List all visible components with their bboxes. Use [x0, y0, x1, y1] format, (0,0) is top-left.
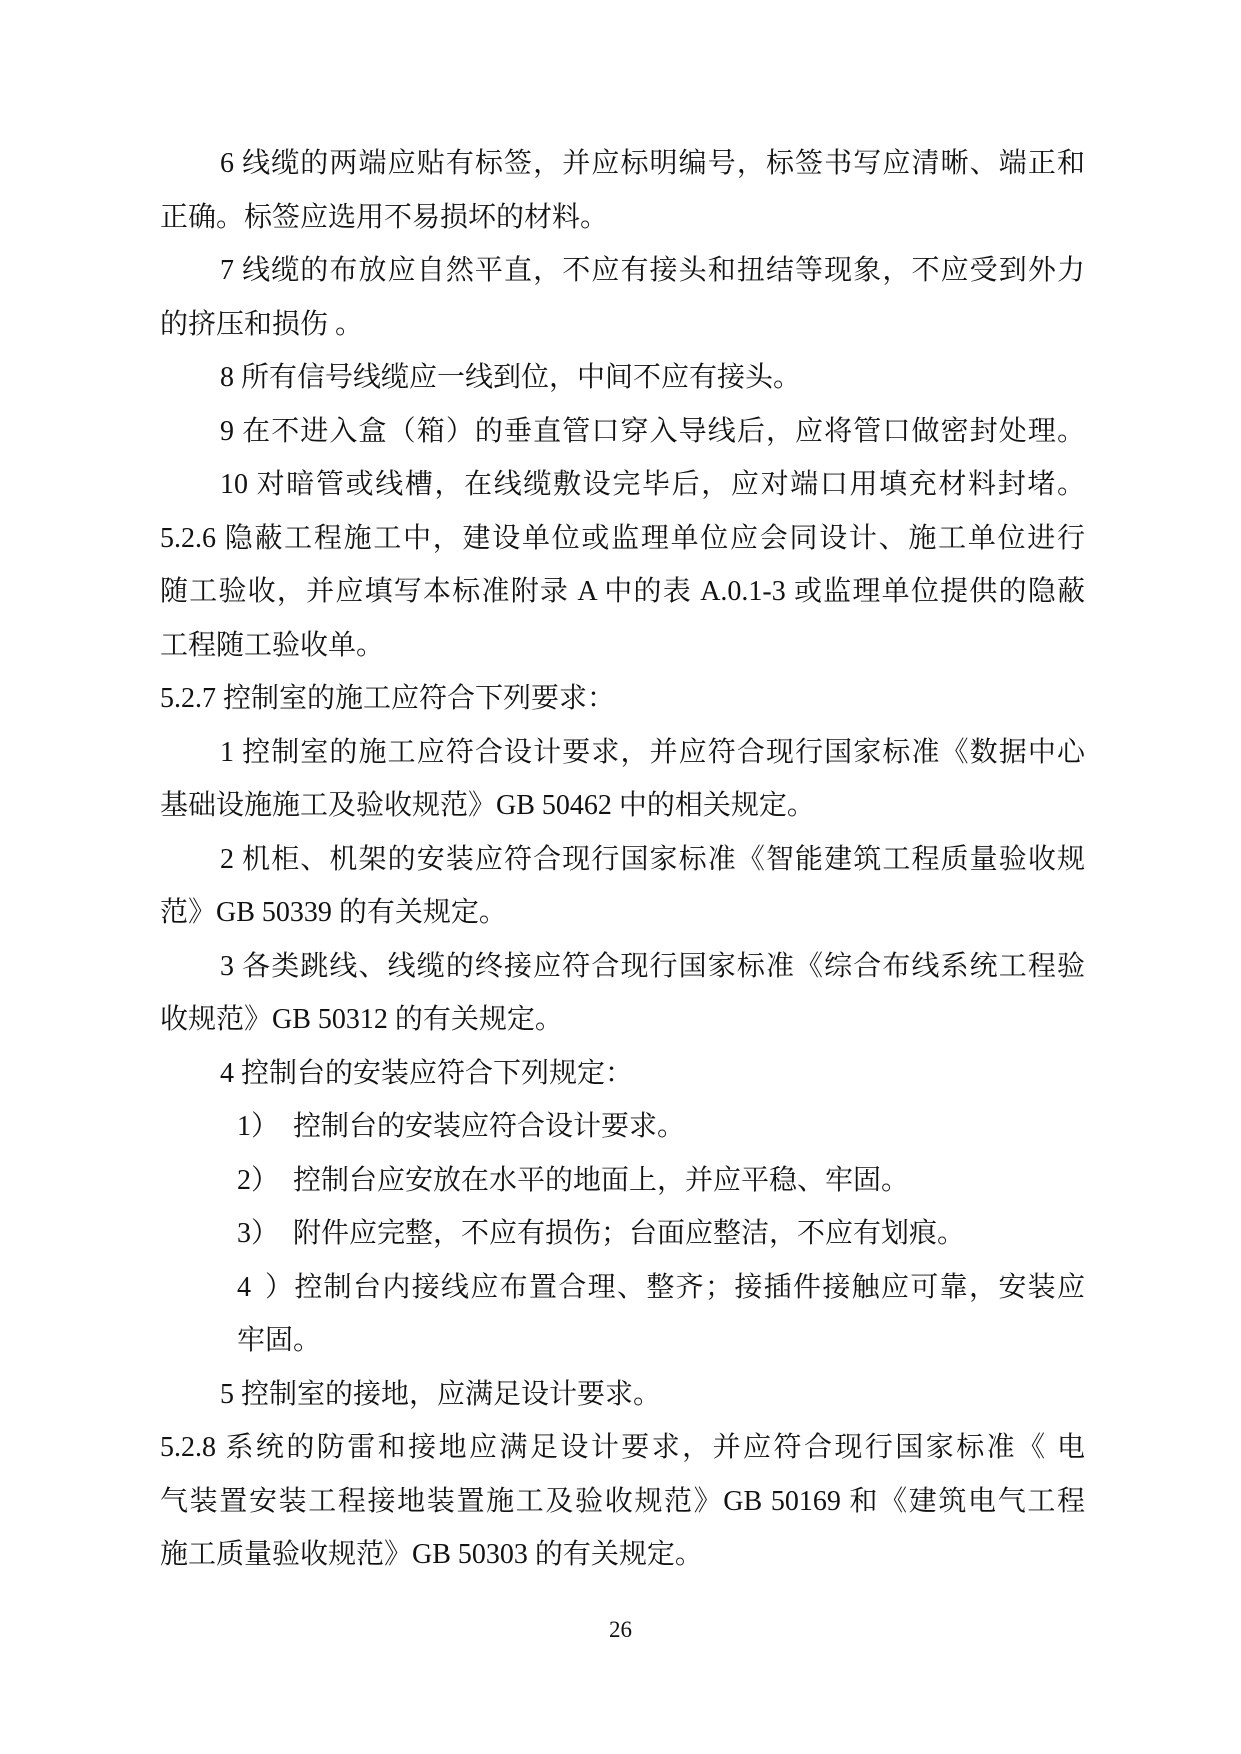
doc-line-clause-5-2-6: 5.2.6 隐蔽工程施工中，建设单位或监理单位应会同设计、施工单位进行 — [160, 512, 1085, 566]
document-body: 6 线缆的两端应贴有标签，并应标明编号，标签书写应清晰、端正和 正确。标签应选用… — [160, 137, 1085, 1582]
subitem-text: 控制台应安放在水平的地面上，并应平稳、牢固。 — [293, 1165, 909, 1196]
doc-line: 2 机柜、机架的安装应符合现行国家标准《智能建筑工程质量验收规 — [160, 833, 1085, 887]
doc-line: 牢固。 — [160, 1314, 1085, 1368]
doc-line: 基础设施施工及验收规范》GB 50462 中的相关规定。 — [160, 779, 1085, 833]
doc-subitem: 4）控制台内接线应布置合理、整齐；接插件接触应可靠，安装应 — [160, 1261, 1085, 1315]
doc-subitem: 1）控制台的安装应符合设计要求。 — [160, 1100, 1085, 1154]
subitem-text: 控制台内接线应布置合理、整齐；接插件接触应可靠，安装应 — [293, 1272, 1085, 1303]
doc-line: 施工质量验收规范》GB 50303 的有关规定。 — [160, 1528, 1085, 1582]
doc-line: 9 在不进入盒（箱）的垂直管口穿入导线后，应将管口做密封处理。 — [160, 405, 1085, 459]
doc-line: 收规范》GB 50312 的有关规定。 — [160, 993, 1085, 1047]
doc-line: 4 控制台的安装应符合下列规定： — [160, 1047, 1085, 1101]
subitem-text: 附件应完整，不应有损伤；台面应整洁，不应有划痕。 — [293, 1218, 965, 1249]
doc-line: 气装置安装工程接地装置施工及验收规范》GB 50169 和《建筑电气工程 — [160, 1475, 1085, 1529]
subitem-number: 3） — [237, 1207, 293, 1261]
doc-line: 1 控制室的施工应符合设计要求，并应符合现行国家标准《数据中心 — [160, 726, 1085, 780]
doc-line: 正确。标签应选用不易损坏的材料。 — [160, 191, 1085, 245]
subitem-number: 2） — [237, 1154, 293, 1208]
subitem-number: 1） — [237, 1100, 293, 1154]
doc-line-clause-5-2-7: 5.2.7 控制室的施工应符合下列要求： — [160, 672, 1085, 726]
doc-line: 6 线缆的两端应贴有标签，并应标明编号，标签书写应清晰、端正和 — [160, 137, 1085, 191]
doc-line-clause-5-2-8: 5.2.8 系统的防雷和接地应满足设计要求，并应符合现行国家标准《 电 — [160, 1421, 1085, 1475]
doc-line: 工程随工验收单。 — [160, 619, 1085, 673]
page-number: 26 — [0, 1615, 1241, 1645]
document-page: 6 线缆的两端应贴有标签，并应标明编号，标签书写应清晰、端正和 正确。标签应选用… — [0, 0, 1241, 1754]
doc-subitem: 2）控制台应安放在水平的地面上，并应平稳、牢固。 — [160, 1154, 1085, 1208]
doc-line: 8 所有信号线缆应一线到位，中间不应有接头。 — [160, 351, 1085, 405]
doc-line: 随工验收，并应填写本标准附录 A 中的表 A.0.1-3 或监理单位提供的隐蔽 — [160, 565, 1085, 619]
doc-subitem: 3）附件应完整，不应有损伤；台面应整洁，不应有划痕。 — [160, 1207, 1085, 1261]
doc-line: 的挤压和损伤 。 — [160, 298, 1085, 352]
doc-line: 5 控制室的接地，应满足设计要求。 — [160, 1368, 1085, 1422]
subitem-number: 4） — [237, 1261, 293, 1315]
doc-line: 3 各类跳线、线缆的终接应符合现行国家标准《综合布线系统工程验 — [160, 940, 1085, 994]
doc-line: 10 对暗管或线槽，在线缆敷设完毕后，应对端口用填充材料封堵。 — [160, 458, 1085, 512]
subitem-text: 控制台的安装应符合设计要求。 — [293, 1111, 685, 1142]
doc-line: 范》GB 50339 的有关规定。 — [160, 886, 1085, 940]
doc-line: 7 线缆的布放应自然平直，不应有接头和扭结等现象，不应受到外力 — [160, 244, 1085, 298]
